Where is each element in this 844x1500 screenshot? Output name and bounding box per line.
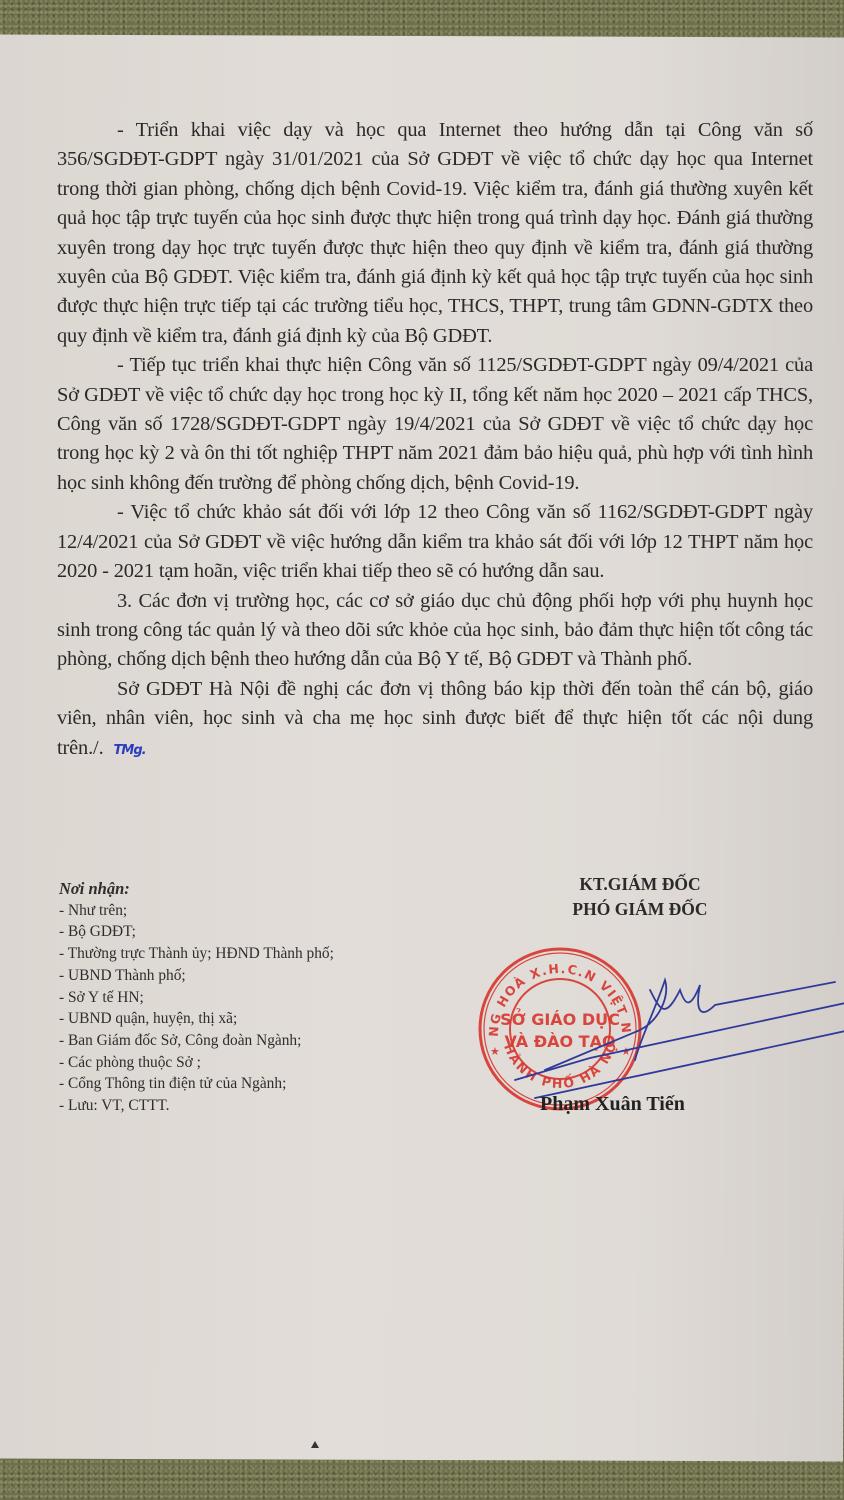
document-body: - Triển khai việc dạy và học qua Interne…: [57, 116, 813, 765]
recipient-item: - UBND Thành phố;: [59, 965, 334, 987]
recipients-heading: Nơi nhận:: [59, 878, 334, 900]
recipient-item: - Ban Giám đốc Sở, Công đoàn Ngành;: [59, 1030, 334, 1052]
recipient-item: - Bộ GDĐT;: [59, 921, 334, 943]
paper-speck: [311, 1441, 319, 1448]
recipient-item: - Thường trực Thành ủy; HĐND Thành phố;: [59, 943, 334, 965]
handwritten-initials: TMg.: [114, 743, 146, 758]
signature-title-line2: PHÓ GIÁM ĐỐC: [520, 897, 760, 922]
paragraph-grade12-survey: - Việc tổ chức khảo sát đối với lớp 12 t…: [57, 498, 813, 586]
paragraph-continue-implementation: - Tiếp tục triển khai thực hiện Công văn…: [57, 351, 813, 498]
paragraph-schools-coordination: 3. Các đơn vị trường học, các cơ sở giáo…: [57, 587, 813, 675]
signature-title-line1: KT.GIÁM ĐỐC: [520, 872, 760, 897]
recipient-item: - Các phòng thuộc Sở ;: [59, 1052, 334, 1074]
recipient-item: - Cổng Thông tin điện tử của Ngành;: [59, 1073, 334, 1095]
paragraph-closing-request: Sở GDĐT Hà Nội đề nghị các đơn vị thông …: [57, 675, 813, 765]
recipient-item: - Lưu: VT, CTTT.: [59, 1095, 334, 1117]
recipients-list: Nơi nhận: - Như trên;- Bộ GDĐT;- Thường …: [59, 878, 334, 1117]
recipient-items: - Như trên;- Bộ GDĐT;- Thường trực Thành…: [59, 900, 334, 1117]
recipient-item: - Sở Y tế HN;: [59, 987, 334, 1009]
signature-title: KT.GIÁM ĐỐC PHÓ GIÁM ĐỐC: [520, 872, 760, 922]
recipient-item: - UBND quận, huyện, thị xã;: [59, 1008, 334, 1030]
paragraph-online-teaching: - Triển khai việc dạy và học qua Interne…: [57, 116, 813, 351]
closing-text: Sở GDĐT Hà Nội đề nghị các đơn vị thông …: [57, 678, 813, 759]
recipient-item: - Như trên;: [59, 900, 334, 922]
signer-name: Phạm Xuân Tiến: [540, 1093, 685, 1116]
